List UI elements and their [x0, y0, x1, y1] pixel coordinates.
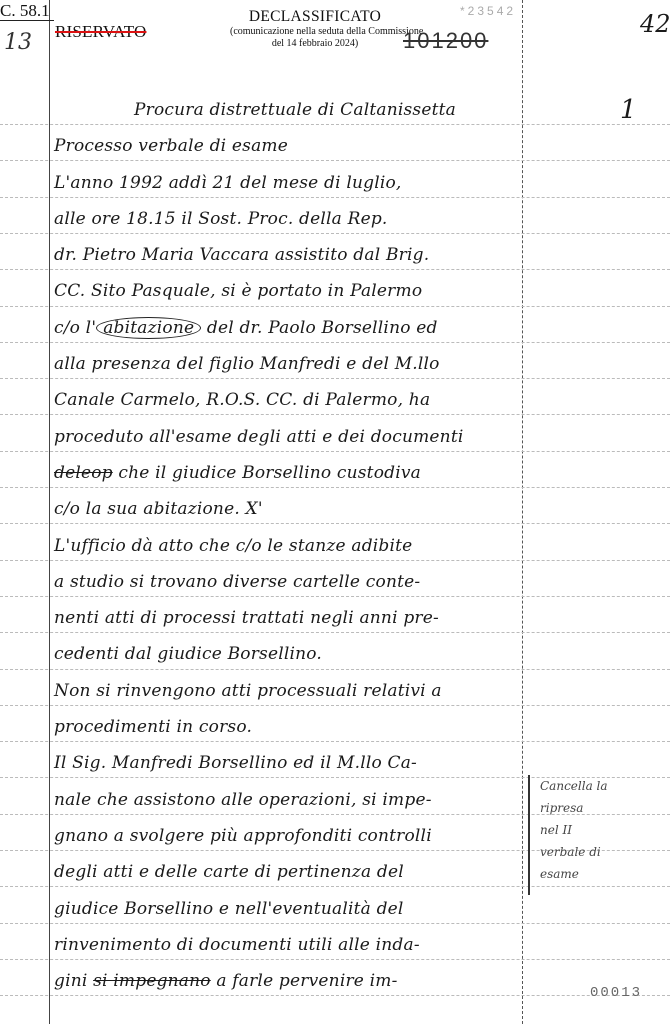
- faint-stamp-number: *23542: [460, 4, 516, 18]
- handwritten-line: rinvenimento di documenti utili alle ind…: [54, 927, 524, 963]
- line-text: Canale Carmelo, R.O.S. CC. di Palermo, h…: [54, 390, 430, 410]
- handwritten-line: Non si rinvengono atti processuali relat…: [54, 673, 524, 709]
- handwritten-line: c/o l'abitazione del dr. Paolo Borsellin…: [54, 310, 524, 346]
- line-text: degli atti e delle carte di pertinenza d…: [54, 862, 404, 882]
- margin-note-line: nel II: [540, 819, 670, 841]
- line-text: L'anno 1992 addì 21 del mese di luglio,: [54, 173, 402, 193]
- handwritten-line: dr. Pietro Maria Vaccara assistito dal B…: [54, 237, 524, 273]
- line-text: che il giudice Borsellino custodiva: [113, 463, 421, 483]
- line-text: Il Sig. Manfredi Borsellino ed il M.llo …: [54, 753, 417, 773]
- handwritten-line: L'anno 1992 addì 21 del mese di luglio,: [54, 165, 524, 201]
- handwritten-line: procedimenti in corso.: [54, 709, 524, 745]
- declassification-line2: del 14 febbraio 2024): [230, 38, 400, 50]
- handwritten-line: alle ore 18.15 il Sost. Proc. della Rep.: [54, 201, 524, 237]
- line-text: nale che assistono alle operazioni, si i…: [54, 790, 432, 810]
- margin-note: Cancella laripresanel IIverbale diesame: [528, 775, 670, 895]
- struck-word: si impegnano: [93, 971, 211, 991]
- handwritten-line: gini si impegnano a farle pervenire im-: [54, 963, 524, 999]
- page-stamp-number: 00013: [590, 985, 642, 1001]
- line-text: cedenti dal giudice Borsellino.: [54, 644, 322, 664]
- handwritten-line: Il Sig. Manfredi Borsellino ed il M.llo …: [54, 745, 524, 781]
- handwritten-line: L'ufficio dà atto che c/o le stanze adib…: [54, 528, 524, 564]
- line-text: c/o la sua abitazione. X': [54, 499, 263, 519]
- margin-note-line: ripresa: [540, 797, 670, 819]
- handwritten-line: gnano a svolgere più approfonditi contro…: [54, 818, 524, 854]
- handwritten-line: CC. Sito Pasquale, si è portato in Paler…: [54, 273, 524, 309]
- archive-code: C. 58.1: [0, 2, 54, 21]
- classification-struck: RISERVATO: [55, 22, 146, 42]
- line-text: del dr. Paolo Borsellino ed: [201, 318, 437, 338]
- line-text: Procura distrettuale di Caltanissetta: [134, 100, 456, 120]
- document-page: C. 58.1 13 RISERVATO DECLASSIFICATO (com…: [0, 0, 670, 1024]
- page-handwritten-number: 42: [640, 10, 670, 38]
- circled-word: abitazione: [96, 317, 201, 339]
- handwritten-line: Processo verbale di esame: [54, 128, 524, 164]
- left-handwritten-number: 13: [4, 30, 32, 55]
- line-text: Processo verbale di esame: [54, 136, 288, 156]
- margin-note-line: esame: [540, 863, 670, 885]
- line-text: rinvenimento di documenti utili alle ind…: [54, 935, 420, 955]
- handwritten-line: proceduto all'esame degli atti e dei doc…: [54, 419, 524, 455]
- line-text: L'ufficio dà atto che c/o le stanze adib…: [54, 536, 412, 556]
- handwritten-line: cedenti dal giudice Borsellino.: [54, 636, 524, 672]
- line-text: alla presenza del figlio Manfredi e del …: [54, 354, 440, 374]
- handwritten-line: c/o la sua abitazione. X': [54, 491, 524, 527]
- line-text: Non si rinvengono atti processuali relat…: [54, 681, 442, 701]
- line-text: nenti atti di processi trattati negli an…: [54, 608, 439, 628]
- line-text: procedimenti in corso.: [54, 717, 252, 737]
- line-text: gini: [54, 971, 93, 991]
- line-text: c/o l': [54, 318, 96, 338]
- line-text: gnano a svolgere più approfonditi contro…: [54, 826, 432, 846]
- handwritten-line: alla presenza del figlio Manfredi e del …: [54, 346, 524, 382]
- handwritten-line: a studio si trovano diverse cartelle con…: [54, 564, 524, 600]
- line-text: proceduto all'esame degli atti e dei doc…: [54, 427, 464, 447]
- line-text: giudice Borsellino e nell'eventualità de…: [54, 899, 404, 919]
- handwritten-line: degli atti e delle carte di pertinenza d…: [54, 854, 524, 890]
- handwritten-line: Canale Carmelo, R.O.S. CC. di Palermo, h…: [54, 382, 524, 418]
- struck-word: deleop: [54, 463, 113, 483]
- handwritten-line: nale che assistono alle operazioni, si i…: [54, 782, 524, 818]
- declassification-title: DECLASSIFICATO: [230, 8, 400, 26]
- line-text: CC. Sito Pasquale, si è portato in Paler…: [54, 281, 422, 301]
- margin-note-line: verbale di: [540, 841, 670, 863]
- declassification-stamp: DECLASSIFICATO (comunicazione nella sedu…: [230, 8, 400, 50]
- declassification-line1: (comunicazione nella seduta della Commis…: [230, 26, 400, 38]
- old-number-struck: 101200: [403, 28, 488, 54]
- handwritten-line: giudice Borsellino e nell'eventualità de…: [54, 891, 524, 927]
- line-text: dr. Pietro Maria Vaccara assistito dal B…: [54, 245, 429, 265]
- margin-note-line: Cancella la: [540, 775, 670, 797]
- left-margin-line: [49, 0, 50, 1024]
- handwritten-body: Procura distrettuale di CaltanissettaPro…: [54, 92, 524, 999]
- line-text: a farle pervenire im-: [211, 971, 398, 991]
- handwritten-line: Procura distrettuale di Caltanissetta: [54, 92, 524, 128]
- line-text: a studio si trovano diverse cartelle con…: [54, 572, 420, 592]
- handwritten-line: deleop che il giudice Borsellino custodi…: [54, 455, 524, 491]
- margin-mark: 1: [620, 95, 637, 125]
- handwritten-line: nenti atti di processi trattati negli an…: [54, 600, 524, 636]
- line-text: alle ore 18.15 il Sost. Proc. della Rep.: [54, 209, 388, 229]
